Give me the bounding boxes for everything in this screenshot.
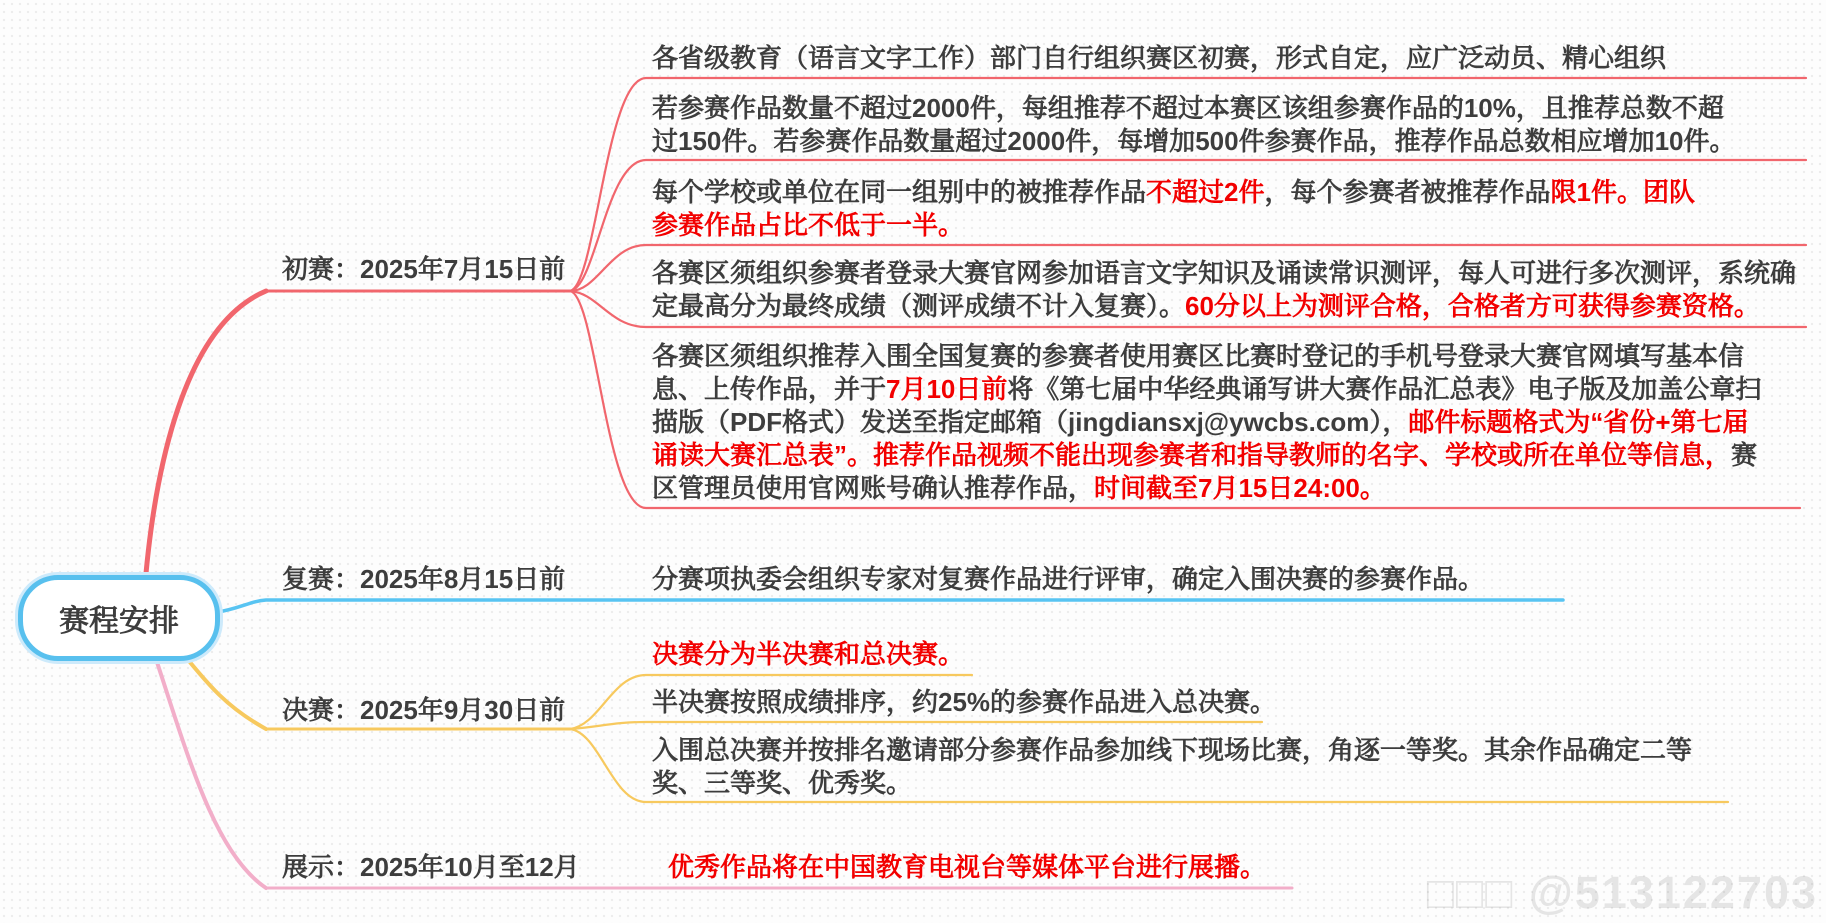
leaf-preliminary-test[interactable]: 各赛区须组织参赛者登录大赛官网参加语言文字知识及诵读常识测评，每人可进行多次测评… xyxy=(652,257,1812,323)
branch-curve xyxy=(213,600,1563,613)
leaf-connector xyxy=(570,722,1262,729)
watermark: □□□ @513122703 xyxy=(1427,867,1818,919)
leaf-exhibition-broadcast[interactable]: 优秀作品将在中国教育电视台等媒体平台进行展播。 xyxy=(668,851,1308,884)
leaf-preliminary-limits[interactable]: 每个学校或单位在同一组别中的被推荐作品不超过2件，每个参赛者被推荐作品限1件。团… xyxy=(652,176,1812,242)
branch-label-preliminary[interactable]: 初赛：2025年7月15日前 xyxy=(282,253,565,286)
leaf-preliminary-organize[interactable]: 各省级教育（语言文字工作）部门自行组织赛区初赛，形式自定，应广泛动员、精心组织 xyxy=(652,42,1812,75)
leaf-final-awards[interactable]: 入围总决赛并按排名邀请部分参赛作品参加线下现场比赛，角逐一等奖。其余作品确定二等… xyxy=(652,734,1742,800)
root-topic[interactable]: 赛程安排 xyxy=(18,575,220,661)
branch-curve xyxy=(144,291,266,597)
leaf-semifinal-review[interactable]: 分赛项执委会组织专家对复赛作品进行评审，确定入围决赛的参赛作品。 xyxy=(652,563,1572,596)
leaf-preliminary-submit[interactable]: 各赛区须组织推荐入围全国复赛的参赛者使用赛区比赛时登记的手机号登录大赛官网填写基… xyxy=(652,340,1812,505)
mindmap-canvas: 赛程安排 初赛：2025年7月15日前 复赛：2025年8月15日前 决赛：20… xyxy=(0,0,1826,923)
branch-lines-semifinal xyxy=(213,600,1563,613)
branch-label-exhibition[interactable]: 展示：2025年10月至12月 xyxy=(282,851,580,884)
leaf-final-semifinal-rule[interactable]: 半决赛按照成绩排序，约25%的参赛作品进入总决赛。 xyxy=(652,686,1272,719)
branch-label-final[interactable]: 决赛：2025年9月30日前 xyxy=(282,694,565,727)
leaf-preliminary-quota[interactable]: 若参赛作品数量不超过2000件，每组推荐不超过本赛区该组参赛作品的10%，且推荐… xyxy=(652,92,1812,158)
leaf-final-structure[interactable]: 决赛分为半决赛和总决赛。 xyxy=(652,638,1082,671)
branch-curve xyxy=(150,641,266,888)
root-topic-label: 赛程安排 xyxy=(59,596,179,640)
branch-label-semifinal[interactable]: 复赛：2025年8月15日前 xyxy=(282,563,565,596)
